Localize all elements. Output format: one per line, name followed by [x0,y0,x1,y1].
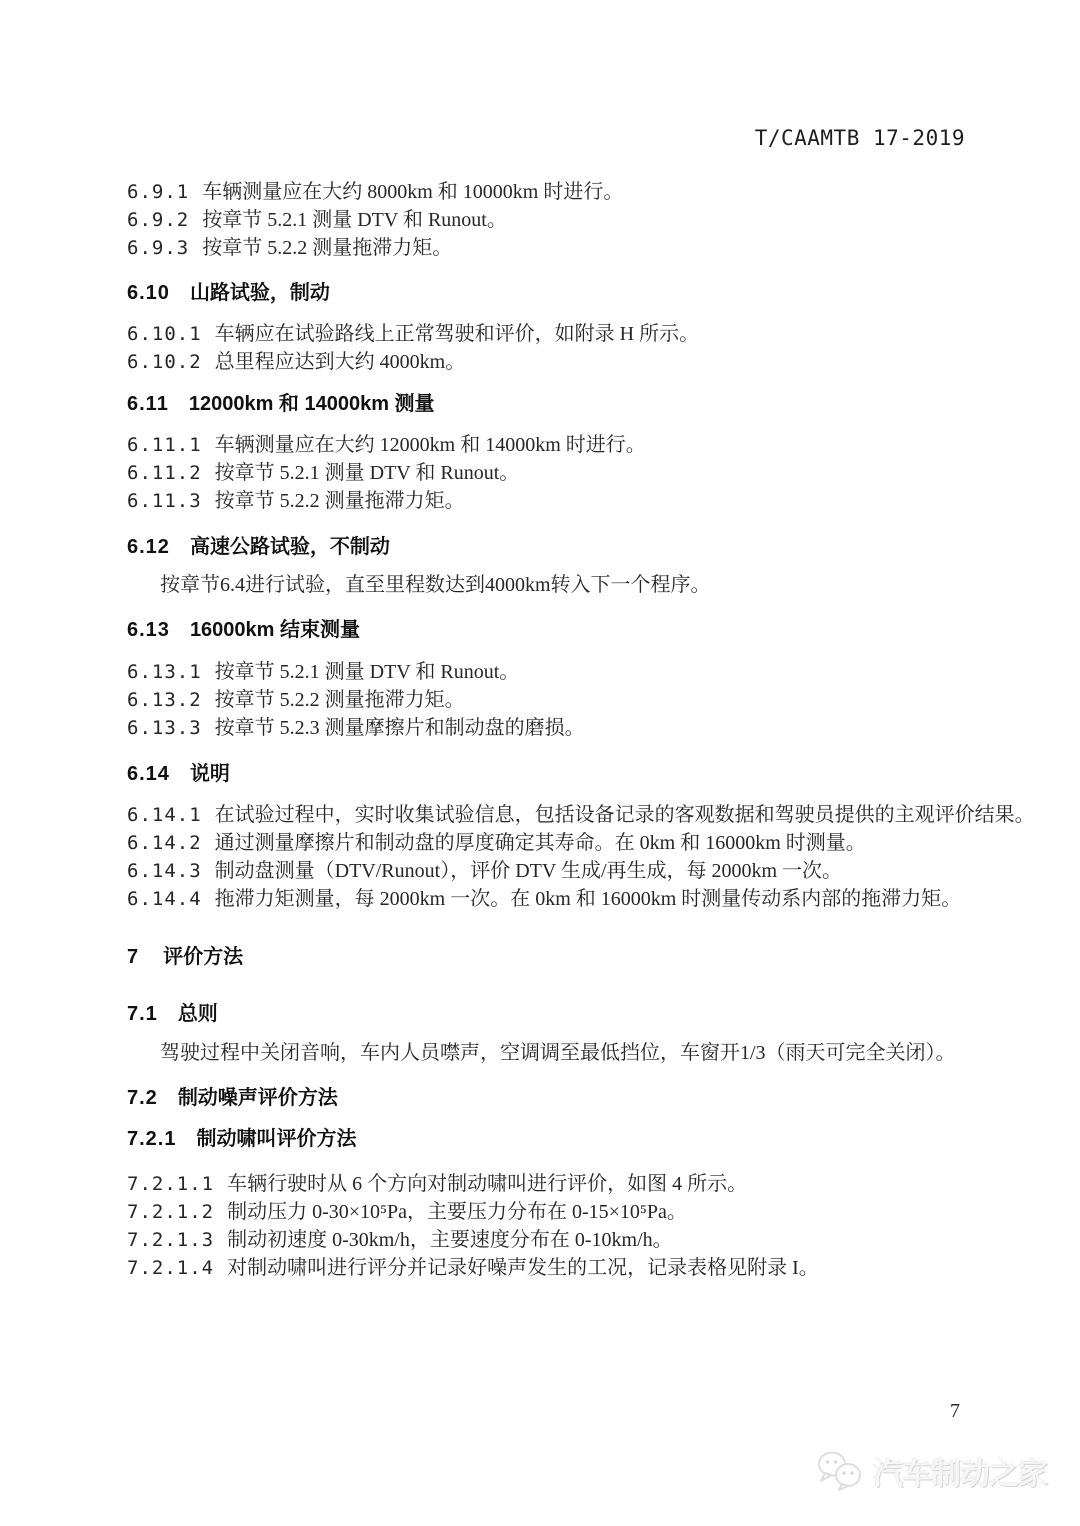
clause-number: 7.2.1.4 [127,1257,214,1279]
clause-6-9-2: 6.9.2按章节 5.2.1 测量 DTV 和 Runout。 [127,206,988,234]
heading-text: 16000km 结束测量 [190,619,360,641]
clause-number: 6.9.3 [127,237,189,259]
clause-number: 6.13.3 [127,717,202,739]
heading-number: 6.10 [127,282,170,304]
clause-text: 车辆测量应在大约 8000km 和 10000km 时进行。 [202,181,623,203]
heading-7-1: 7.1总则 [127,1000,988,1028]
heading-7-2-1: 7.2.1制动啸叫评价方法 [127,1125,988,1153]
clause-6-10-2: 6.10.2总里程应达到大约 4000km。 [127,348,988,376]
heading-number: 7.1 [127,1003,158,1025]
clause-text: 按章节 5.2.2 测量拖滞力矩。 [215,689,465,711]
heading-7-2: 7.2制动噪声评价方法 [127,1084,988,1112]
clause-number: 7.2.1.3 [127,1229,214,1251]
clause-text: 拖滞力矩测量，每 2000km 一次。在 0km 和 16000km 时测量传动… [215,888,962,910]
clause-number: 6.9.2 [127,209,189,231]
clause-6-13-3: 6.13.3按章节 5.2.3 测量摩擦片和制动盘的磨损。 [127,714,988,742]
clause-number: 7.2.1.2 [127,1201,214,1223]
clause-text: 按章节 5.2.2 测量拖滞力矩。 [202,237,452,259]
heading-6-14: 6.14说明 [127,760,988,788]
clause-number: 6.11.1 [127,434,202,456]
clause-6-14-4: 6.14.4拖滞力矩测量，每 2000km 一次。在 0km 和 16000km… [127,885,988,913]
clause-text: 按章节 5.2.1 测量 DTV 和 Runout。 [215,661,520,683]
paragraph-7-1: 驾驶过程中关闭音响，车内人员噤声，空调调至最低挡位，车窗开1/3（雨天可完全关闭… [127,1039,988,1067]
clause-7-2-1-3: 7.2.1.3制动初速度 0-30km/h，主要速度分布在 0-10km/h。 [127,1226,988,1254]
clause-text: 按章节 5.2.3 测量摩擦片和制动盘的磨损。 [215,717,585,739]
clause-text: 制动盘测量（DTV/Runout），评价 DTV 生成/再生成，每 2000km… [215,860,842,882]
doc-code-header: T/CAAMTB 17-2019 [755,126,965,150]
heading-text: 山路试验，制动 [190,282,330,304]
clause-number: 6.13.1 [127,661,202,683]
heading-6-10: 6.10山路试验，制动 [127,279,988,307]
clause-6-9-1: 6.9.1车辆测量应在大约 8000km 和 10000km 时进行。 [127,178,988,206]
document-body: 6.9.1车辆测量应在大约 8000km 和 10000km 时进行。 6.9.… [127,178,988,1282]
heading-text: 制动啸叫评价方法 [196,1128,356,1150]
clause-number: 6.10.2 [127,351,202,373]
clause-number: 6.14.3 [127,860,202,882]
clause-number: 6.11.3 [127,490,202,512]
heading-text: 评价方法 [163,946,243,968]
heading-number: 7.2.1 [127,1128,176,1150]
clause-6-11-3: 6.11.3按章节 5.2.2 测量拖滞力矩。 [127,487,988,515]
page-number: 7 [950,1400,960,1423]
heading-text: 制动噪声评价方法 [178,1087,338,1109]
clause-6-10-1: 6.10.1车辆应在试验路线上正常驾驶和评价，如附录 H 所示。 [127,320,988,348]
clause-number: 7.2.1.1 [127,1173,214,1195]
wechat-icon [817,1449,865,1493]
clause-7-2-1-4: 7.2.1.4对制动啸叫进行评分并记录好噪声发生的工况，记录表格见附录 I。 [127,1254,988,1282]
clause-text: 车辆应在试验路线上正常驾驶和评价，如附录 H 所示。 [215,323,699,345]
clause-text: 通过测量摩擦片和制动盘的厚度确定其寿命。在 0km 和 16000km 时测量。 [215,832,866,854]
clause-number: 6.14.2 [127,832,202,854]
heading-number: 7 [127,946,139,968]
clause-number: 6.11.2 [127,462,202,484]
clause-text: 制动压力 0-30×10⁵Pa，主要压力分布在 0-15×10⁵Pa。 [227,1201,687,1223]
heading-number: 6.12 [127,536,170,558]
clause-6-13-1: 6.13.1按章节 5.2.1 测量 DTV 和 Runout。 [127,658,988,686]
clause-text: 总里程应达到大约 4000km。 [215,351,466,373]
heading-6-11: 6.1112000km 和 14000km 测量 [127,390,988,418]
heading-6-13: 6.1316000km 结束测量 [127,616,988,644]
clause-text: 车辆行驶时从 6 个方向对制动啸叫进行评价，如图 4 所示。 [227,1173,747,1195]
clause-number: 6.9.1 [127,181,189,203]
heading-text: 12000km 和 14000km 测量 [189,393,435,415]
watermark: 汽车制动之家 [817,1449,1047,1493]
clause-text: 按章节 5.2.1 测量 DTV 和 Runout。 [202,209,507,231]
clause-text: 在试验过程中，实时收集试验信息，包括设备记录的客观数据和驾驶员提供的主观评价结果… [215,804,1035,826]
watermark-text: 汽车制动之家 [873,1449,1047,1493]
clause-text: 车辆测量应在大约 12000km 和 14000km 时进行。 [215,434,646,456]
heading-number: 6.13 [127,619,170,641]
clause-6-14-3: 6.14.3制动盘测量（DTV/Runout），评价 DTV 生成/再生成，每 … [127,857,988,885]
clause-number: 6.14.4 [127,888,202,910]
clause-6-11-1: 6.11.1车辆测量应在大约 12000km 和 14000km 时进行。 [127,431,988,459]
clause-text: 按章节 5.2.2 测量拖滞力矩。 [215,490,465,512]
heading-text: 高速公路试验，不制动 [190,536,390,558]
heading-7: 7评价方法 [127,943,988,971]
heading-6-12: 6.12高速公路试验，不制动 [127,533,988,561]
clause-6-9-3: 6.9.3按章节 5.2.2 测量拖滞力矩。 [127,234,988,262]
clause-number: 6.14.1 [127,804,202,826]
clause-6-11-2: 6.11.2按章节 5.2.1 测量 DTV 和 Runout。 [127,459,988,487]
clause-6-14-1: 6.14.1在试验过程中，实时收集试验信息，包括设备记录的客观数据和驾驶员提供的… [127,801,988,829]
clause-6-14-2: 6.14.2通过测量摩擦片和制动盘的厚度确定其寿命。在 0km 和 16000k… [127,829,988,857]
clause-6-13-2: 6.13.2按章节 5.2.2 测量拖滞力矩。 [127,686,988,714]
heading-text: 总则 [178,1003,218,1025]
clause-number: 6.10.1 [127,323,202,345]
clause-text: 按章节 5.2.1 测量 DTV 和 Runout。 [215,462,520,484]
clause-7-2-1-2: 7.2.1.2制动压力 0-30×10⁵Pa，主要压力分布在 0-15×10⁵P… [127,1198,988,1226]
clause-text: 对制动啸叫进行评分并记录好噪声发生的工况，记录表格见附录 I。 [227,1257,819,1279]
clause-number: 6.13.2 [127,689,202,711]
clause-7-2-1-1: 7.2.1.1车辆行驶时从 6 个方向对制动啸叫进行评价，如图 4 所示。 [127,1170,988,1198]
paragraph-6-12: 按章节6.4进行试验，直至里程数达到4000km转入下一个程序。 [127,571,988,599]
heading-number: 6.14 [127,763,170,785]
heading-number: 6.11 [127,393,169,415]
clause-text: 制动初速度 0-30km/h，主要速度分布在 0-10km/h。 [227,1229,673,1251]
heading-number: 7.2 [127,1087,158,1109]
heading-text: 说明 [190,763,230,785]
document-page: T/CAAMTB 17-2019 6.9.1车辆测量应在大约 8000km 和 … [0,0,1080,1526]
